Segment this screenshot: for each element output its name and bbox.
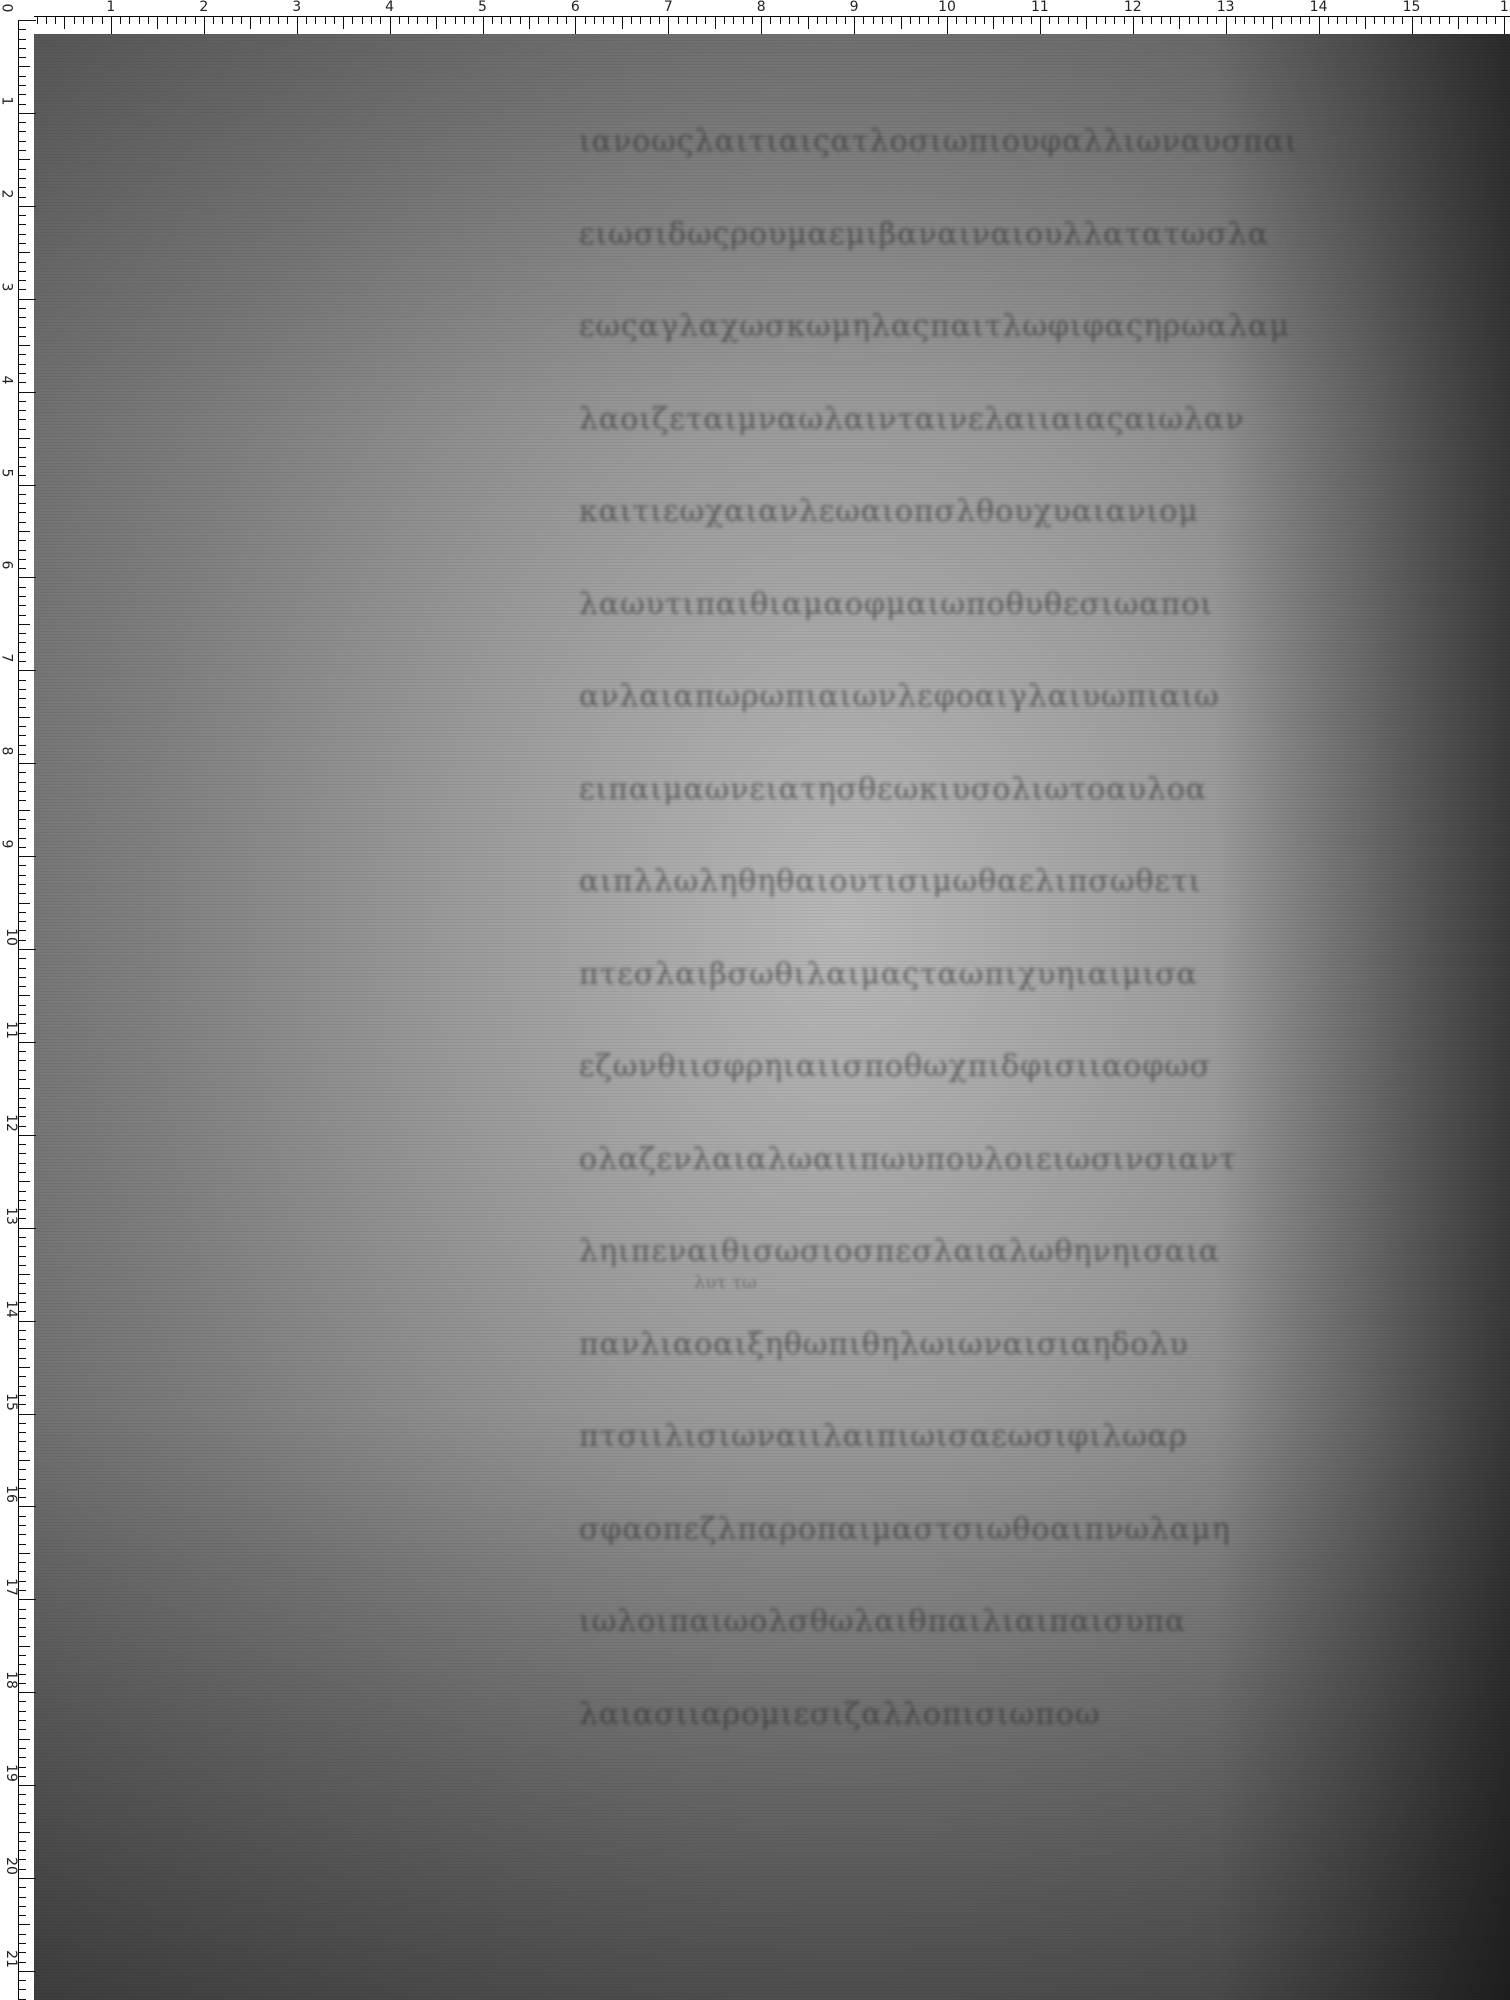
ruler-tick (390, 16, 391, 34)
ruler-tick (975, 16, 976, 24)
ruler-tick (18, 577, 36, 578)
ruler-tick (18, 1562, 26, 1563)
ruler-label: 10 (938, 0, 956, 14)
ruler-tick (501, 16, 502, 24)
ruler-tick (18, 1832, 30, 1833)
ruler-tick (18, 1163, 26, 1164)
ruler-label: 3 (0, 282, 13, 291)
ruler-tick (18, 1581, 26, 1582)
ruler-tick (18, 178, 26, 179)
ruler-tick (18, 875, 26, 876)
ruler-tick (622, 16, 623, 29)
ruler-label: 8 (0, 747, 13, 756)
ruler-tick (120, 16, 121, 24)
ruler-tick (18, 1311, 26, 1312)
ruler-tick (18, 940, 26, 941)
ruler-tick (863, 16, 864, 24)
ruler-tick (1319, 16, 1320, 34)
ruler-tick (18, 392, 36, 393)
ruler-tick (1374, 16, 1375, 24)
ruler-tick (18, 289, 26, 290)
text-line: λαιασιιαρομιεσιζαλλοπισιωποω (579, 1697, 1510, 1743)
ruler-tick (18, 1348, 26, 1349)
ruler-tick (919, 16, 920, 24)
ruler-tick (18, 1720, 26, 1721)
ruler-tick (18, 838, 26, 839)
ruler-tick (18, 782, 26, 783)
ruler-tick (18, 503, 26, 504)
ruler-tick (18, 1794, 26, 1795)
ruler-tick (18, 1553, 30, 1554)
ruler-tick (752, 16, 753, 24)
ruler-tick (18, 1414, 36, 1415)
ruler-tick (18, 141, 26, 142)
ruler-label: 13 (1217, 0, 1235, 14)
ruler-tick (18, 921, 26, 922)
ruler-label: 4 (385, 0, 394, 14)
ruler-tick (297, 16, 298, 34)
ruler-tick (1049, 16, 1050, 24)
ruler-tick (18, 1469, 26, 1470)
ruler-tick (18, 522, 26, 523)
ruler-tick (585, 16, 586, 24)
ruler-tick (18, 1599, 36, 1600)
ruler-tick (631, 16, 632, 24)
ruler-label: 8 (757, 0, 766, 14)
ruler-tick (966, 16, 967, 24)
ruler-tick (232, 16, 233, 24)
ruler-tick (18, 1897, 26, 1898)
ruler-tick (18, 1525, 26, 1526)
ruler-tick (1477, 16, 1478, 24)
ruler-tick (18, 1850, 26, 1851)
ruler-tick (18, 262, 26, 263)
ruler-tick (928, 16, 929, 24)
ruler-tick (18, 615, 26, 616)
ruler-tick (18, 772, 26, 773)
ruler-label: 6 (0, 561, 13, 570)
ruler-tick (455, 16, 456, 24)
text-line: ληιπεναιθισωσιοσπεσλαιαλωθηνηισαια (579, 1234, 1510, 1280)
ruler-tick (1058, 16, 1059, 24)
ruler-tick (1412, 16, 1413, 34)
ruler-tick (993, 16, 994, 29)
text-line: ειπαιμαωνειατησθεωκιυσολιωτοαυλοα (579, 772, 1510, 818)
ruler-tick (18, 1200, 26, 1201)
ruler-tick (761, 16, 762, 34)
ruler-tick (18, 1952, 26, 1953)
ruler-tick (1263, 16, 1264, 24)
ruler-tick (18, 1283, 26, 1284)
ruler-tick (18, 1209, 26, 1210)
ruler-tick (18, 1497, 26, 1498)
ruler-tick (789, 16, 790, 24)
ruler-tick (18, 1748, 26, 1749)
text-line: καιτιεωχαιανλεωαιοπσλθουχυαιανιομ (579, 494, 1510, 540)
ruler-tick (325, 16, 326, 24)
ruler-tick (18, 475, 26, 476)
ruler-tick (287, 16, 288, 24)
ruler-tick (18, 1404, 26, 1405)
ruler-tick (18, 1237, 26, 1238)
ruler-tick (557, 16, 558, 24)
ruler-tick (18, 1488, 26, 1489)
ruler-tick (18, 1033, 26, 1034)
ruler-label: 1 (106, 0, 115, 14)
ruler-tick (1328, 16, 1329, 24)
ruler-tick (18, 187, 26, 188)
ruler-tick (18, 1060, 26, 1061)
ruler-tick (538, 16, 539, 24)
ruler-tick (18, 1367, 30, 1368)
ruler-tick (18, 29, 26, 30)
ruler-tick (18, 1534, 26, 1535)
ruler-tick (436, 16, 437, 29)
ruler-tick (18, 1144, 26, 1145)
ruler-tick (18, 1293, 26, 1294)
ruler-tick (37, 16, 38, 24)
ruler-tick (213, 16, 214, 24)
ruler-tick (18, 726, 26, 727)
ruler-tick (984, 16, 985, 24)
ruler-label: 15 (1403, 0, 1421, 14)
ruler-tick (18, 1051, 26, 1052)
ruler-tick (826, 16, 827, 24)
ruler-tick (1096, 16, 1097, 24)
ruler-label: 16 (4, 1485, 18, 1503)
ruler-tick (1365, 16, 1366, 29)
ruler-tick (18, 494, 26, 495)
ruler-tick (18, 252, 30, 253)
ruler-tick (575, 16, 576, 34)
ruler-tick (18, 1116, 26, 1117)
ruler-tick (18, 419, 26, 420)
horizontal-ruler: 01234567891011121314151 (0, 0, 1510, 34)
ruler-tick (798, 16, 799, 24)
ruler-tick (1142, 16, 1143, 24)
ruler-tick (18, 986, 26, 987)
ruler-tick (18, 57, 26, 58)
ruler-label: 2 (199, 0, 208, 14)
ruler-tick (18, 1330, 26, 1331)
ruler-tick (1504, 16, 1505, 34)
ruler-tick (18, 1432, 26, 1433)
ruler-tick (46, 16, 47, 24)
ruler-tick (594, 16, 595, 24)
ruler-label: 12 (1124, 0, 1142, 14)
ruler-tick (343, 16, 344, 29)
ruler-tick (473, 16, 474, 24)
ruler-tick (18, 856, 36, 857)
ruler-tick (18, 707, 26, 708)
ruler-label: 5 (478, 0, 487, 14)
ruler-tick (18, 169, 26, 170)
text-line: λαωυτιπαιθιαμαοφμαιωποθυθεσιωαποι (579, 587, 1510, 633)
ruler-tick (1430, 16, 1431, 24)
ruler-tick (1244, 16, 1245, 24)
ruler-label: 11 (1031, 0, 1049, 14)
ruler-tick (18, 308, 26, 309)
ruler-tick (18, 85, 26, 86)
ruler-tick (18, 540, 26, 541)
ruler-tick (1105, 16, 1106, 24)
ruler-tick (18, 1674, 26, 1675)
ruler-tick (157, 16, 158, 29)
ruler-tick (204, 16, 205, 34)
ruler-tick (18, 1878, 36, 1879)
ruler-tick (18, 559, 26, 560)
ruler-tick (678, 16, 679, 24)
ruler-tick (18, 1265, 26, 1266)
ruler-tick (74, 16, 75, 24)
ruler-tick (18, 847, 26, 848)
ruler-tick (18, 113, 36, 114)
ruler-tick (278, 16, 279, 24)
ruler-tick (1467, 16, 1468, 24)
text-line: ανλαιαπωρωπιαιωνλεφοαιγλαιυωπιαιω (579, 679, 1510, 725)
ruler-tick (956, 16, 957, 24)
ruler-tick (18, 410, 26, 411)
ruler-tick (18, 1934, 26, 1935)
ruler-tick (18, 1181, 30, 1182)
ruler-tick (18, 1079, 26, 1080)
ruler-tick (18, 1506, 36, 1507)
ruler-tick (18, 735, 26, 736)
ruler-tick (743, 16, 744, 24)
ruler-tick (18, 1153, 26, 1154)
ruler-label: 19 (4, 1764, 18, 1782)
ruler-tick (18, 438, 30, 439)
ruler-label: 20 (4, 1857, 18, 1875)
ruler-tick (18, 1590, 26, 1591)
ruler-tick (873, 16, 874, 24)
ruler-tick (18, 568, 26, 569)
ruler-tick (18, 48, 26, 49)
ruler-tick (18, 159, 30, 160)
ruler-tick (947, 16, 948, 34)
ruler-tick (18, 1767, 26, 1768)
ruler-tick (195, 16, 196, 24)
ruler-tick (18, 1386, 26, 1387)
text-line: λαοιζεταιμναωλαινταινελαιιαιαςαιωλαν (579, 402, 1510, 448)
ruler-tick (1458, 16, 1459, 29)
ruler-tick (18, 327, 26, 328)
ruler-tick (18, 150, 26, 151)
ruler-tick (1170, 16, 1171, 24)
ruler-tick (55, 16, 56, 24)
ruler-tick (1439, 16, 1440, 24)
manuscript-scan: ιανοωςλαιτιαιςατλοσιωπιουφαλλιωναυσπαι ε… (34, 34, 1510, 2000)
ruler-label: 13 (4, 1207, 18, 1225)
ruler-label: 17 (4, 1578, 18, 1596)
ruler-tick (18, 550, 26, 551)
ruler-tick (1402, 16, 1403, 24)
ruler-tick (724, 16, 725, 24)
ruler-tick (938, 16, 939, 24)
text-line: ειωσιδωςρουμαεμιβαναιναιουλλατατωσλα (579, 217, 1510, 263)
ruler-tick (18, 1256, 26, 1257)
ruler-tick (18, 1395, 26, 1396)
ruler-tick (18, 1618, 26, 1619)
ruler-tick (176, 16, 177, 24)
ruler-tick (1086, 16, 1087, 29)
ruler-tick (18, 94, 26, 95)
ruler-tick (18, 354, 26, 355)
text-line: σφαοπεζλπαροπαιμαστσιωθοαιπνωλαμη (579, 1512, 1510, 1558)
ruler-tick (18, 1070, 26, 1071)
ruler-tick (483, 16, 484, 34)
ruler-tick (18, 206, 36, 207)
ruler-tick (1012, 16, 1013, 24)
ruler-tick (18, 1088, 30, 1089)
ruler-tick (529, 16, 530, 29)
ruler-label: 14 (1310, 0, 1328, 14)
ruler-tick (18, 122, 26, 123)
ruler-tick (1300, 16, 1301, 24)
ruler-tick (18, 930, 26, 931)
ruler-label: 7 (0, 654, 13, 663)
ruler-label: 5 (0, 468, 13, 477)
ruler-tick (18, 1943, 26, 1944)
ruler-tick (1393, 16, 1394, 24)
ruler-tick (1124, 16, 1125, 24)
ruler-tick (18, 587, 26, 588)
ruler-tick (1272, 16, 1273, 29)
ruler-tick (836, 16, 837, 24)
ruler-tick (18, 633, 26, 634)
ruler-tick (18, 1692, 36, 1693)
ruler-tick (18, 1014, 26, 1015)
ruler-tick (1254, 16, 1255, 24)
ruler-tick (18, 1479, 26, 1480)
ruler-tick (18, 1804, 26, 1805)
ruler-tick (18, 1636, 26, 1637)
ruler-label: 3 (292, 0, 301, 14)
ruler-tick (306, 16, 307, 24)
ruler-tick (770, 16, 771, 24)
ruler-tick (18, 317, 26, 318)
ruler-tick (18, 224, 26, 225)
ruler-tick (18, 1646, 30, 1647)
ruler-tick (18, 1460, 30, 1461)
ruler-tick (18, 20, 36, 21)
ruler-tick (18, 642, 26, 643)
ruler-tick (1151, 16, 1152, 24)
ruler-tick (18, 1980, 26, 1981)
ruler-tick (18, 447, 26, 448)
ruler-tick (548, 16, 549, 24)
ruler-tick (18, 884, 26, 885)
ruler-tick (18, 652, 26, 653)
ruler-tick (18, 1869, 26, 1870)
ruler-tick (18, 1042, 36, 1043)
ruler-tick (910, 16, 911, 24)
ruler-label: 15 (4, 1393, 18, 1411)
ruler-tick (1226, 16, 1227, 34)
ruler-tick (18, 819, 26, 820)
ruler-tick (18, 1376, 26, 1377)
ruler-tick (18, 1739, 30, 1740)
ruler-tick (18, 401, 26, 402)
ruler-tick (18, 661, 26, 662)
ruler-tick (1216, 16, 1217, 24)
ruler-tick (854, 16, 855, 34)
ruler-tick (18, 1218, 26, 1219)
ruler-tick (18, 1757, 26, 1758)
ruler-tick (1207, 16, 1208, 24)
ruler-tick (352, 16, 353, 24)
ruler-tick (18, 1859, 26, 1860)
ruler-tick (1421, 16, 1422, 24)
ruler-tick (1198, 16, 1199, 24)
ruler-tick (18, 605, 26, 606)
ruler-tick (566, 16, 567, 24)
ruler-tick (269, 16, 270, 24)
ruler-tick (1449, 16, 1450, 24)
ruler-tick (18, 1915, 26, 1916)
vertical-ruler: 0123456789101112131415161718192021 (0, 0, 34, 2000)
ruler-tick (18, 1683, 26, 1684)
ruler-tick (1486, 16, 1487, 24)
ruler-tick (18, 1135, 36, 1136)
ruler-tick (18, 104, 26, 105)
ruler-tick (18, 1989, 26, 1990)
ruler-tick (18, 689, 26, 690)
ruler-tick (1114, 16, 1115, 24)
ruler-tick (882, 16, 883, 24)
ruler-tick (18, 1321, 36, 1322)
ruler-tick (733, 16, 734, 24)
ruler-tick (18, 76, 26, 77)
ruler-tick (1337, 16, 1338, 24)
ruler-tick (18, 466, 26, 467)
ruler-tick (18, 1627, 26, 1628)
ruler-tick (1356, 16, 1357, 24)
text-line: πανλιαοαιξηθωπιθηλωιωναισιαηδολυ (579, 1327, 1510, 1373)
text-line: εζωνθιισφρηιαιισποθωχπιδφισιιαοφωσ (579, 1049, 1510, 1095)
ruler-tick (18, 1005, 26, 1006)
ruler-tick (18, 865, 26, 866)
ruler-tick (1179, 16, 1180, 29)
ruler-tick (715, 16, 716, 29)
ruler-tick (18, 1126, 26, 1127)
ruler-tick (129, 16, 130, 24)
ruler-label: 4 (0, 375, 13, 384)
ruler-tick (18, 1655, 26, 1656)
ruler-tick (18, 717, 30, 718)
ruler-tick (18, 698, 26, 699)
ruler-tick (445, 16, 446, 24)
ruler-tick (1161, 16, 1162, 24)
ruler-tick (1189, 16, 1190, 24)
ruler-tick (18, 1571, 26, 1572)
ruler-tick (464, 16, 465, 24)
ruler-tick (1068, 16, 1069, 24)
ruler-tick (18, 1191, 26, 1192)
ruler-tick (241, 16, 242, 24)
ruler-tick (18, 429, 26, 430)
ruler-tick (18, 373, 26, 374)
ruler-tick (1031, 16, 1032, 24)
ruler-tick (18, 1664, 26, 1665)
ruler-tick (18, 457, 26, 458)
ruler-tick (18, 234, 26, 235)
ruler-tick (18, 1451, 26, 1452)
ruler-tick (705, 16, 706, 24)
ruler-tick (603, 16, 604, 24)
ruler-tick (139, 16, 140, 24)
ruler-tick (18, 680, 26, 681)
